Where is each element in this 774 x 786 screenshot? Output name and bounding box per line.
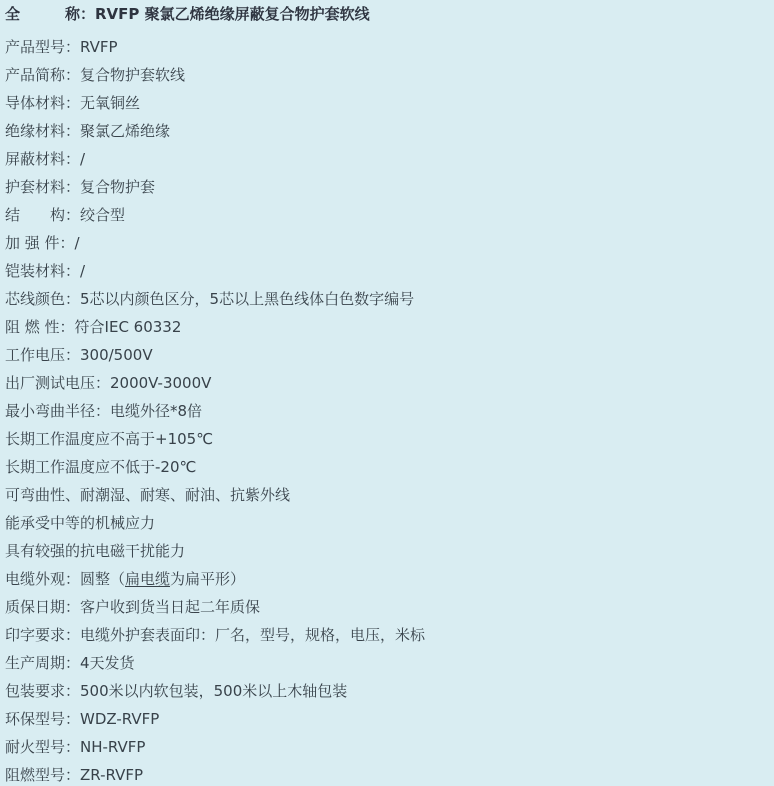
- spec-row: 导体材料：无氧铜丝: [5, 89, 766, 117]
- spec-row: 产品型号：RVFP: [5, 33, 766, 61]
- spec-rows: 产品型号：RVFP产品简称：复合物护套软线导体材料：无氧铜丝绝缘材料：聚氯乙烯绝…: [5, 33, 766, 786]
- spec-row: 可弯曲性、耐潮湿、耐寒、耐油、抗紫外线: [5, 481, 766, 509]
- spec-row: 印字要求：电缆外护套表面印：厂名，型号，规格，电压，米标: [5, 621, 766, 649]
- spec-row: 阻燃型号：ZR-RVFP: [5, 761, 766, 786]
- spec-row: 芯线颜色：5芯以内颜色区分，5芯以上黑色线体白色数字编号: [5, 285, 766, 313]
- spec-row: 产品简称：复合物护套软线: [5, 61, 766, 89]
- spec-row: 绝缘材料：聚氯乙烯绝缘: [5, 117, 766, 145]
- spec-row: 包装要求：500米以内软包装，500米以上木轴包装: [5, 677, 766, 705]
- spec-row-text: 为扁平形）: [170, 570, 245, 588]
- spec-row: 铠装材料：/: [5, 257, 766, 285]
- spec-row: 阻 燃 性：符合IEC 60332: [5, 313, 766, 341]
- spec-row: 结 构：绞合型: [5, 201, 766, 229]
- spec-row: 生产周期：4天发货: [5, 649, 766, 677]
- spec-row: 屏蔽材料：/: [5, 145, 766, 173]
- flat-cable-underlined-link[interactable]: 扁电缆: [125, 570, 170, 588]
- spec-row: 能承受中等的机械应力: [5, 509, 766, 537]
- product-full-name-title: 全 称：RVFP 聚氯乙烯绝缘屏蔽复合物护套软线: [5, 0, 766, 28]
- spec-row: 质保日期：客户收到货当日起二年质保: [5, 593, 766, 621]
- product-spec-sheet: 全 称：RVFP 聚氯乙烯绝缘屏蔽复合物护套软线 产品型号：RVFP产品简称：复…: [0, 0, 774, 786]
- spec-row: 工作电压：300/500V: [5, 341, 766, 369]
- spec-row: 长期工作温度应不高于+105℃: [5, 425, 766, 453]
- spec-row: 耐火型号：NH-RVFP: [5, 733, 766, 761]
- spec-row: 环保型号：WDZ-RVFP: [5, 705, 766, 733]
- spec-row: 电缆外观：圆整（扁电缆为扁平形）: [5, 565, 766, 593]
- spec-row: 加 强 件：/: [5, 229, 766, 257]
- spec-row: 长期工作温度应不低于-20℃: [5, 453, 766, 481]
- spec-row: 护套材料：复合物护套: [5, 173, 766, 201]
- spec-row: 最小弯曲半径：电缆外径*8倍: [5, 397, 766, 425]
- spec-row: 具有较强的抗电磁干扰能力: [5, 537, 766, 565]
- spec-row-text: 电缆外观：圆整（: [5, 570, 125, 588]
- spec-row: 出厂测试电压：2000V-3000V: [5, 369, 766, 397]
